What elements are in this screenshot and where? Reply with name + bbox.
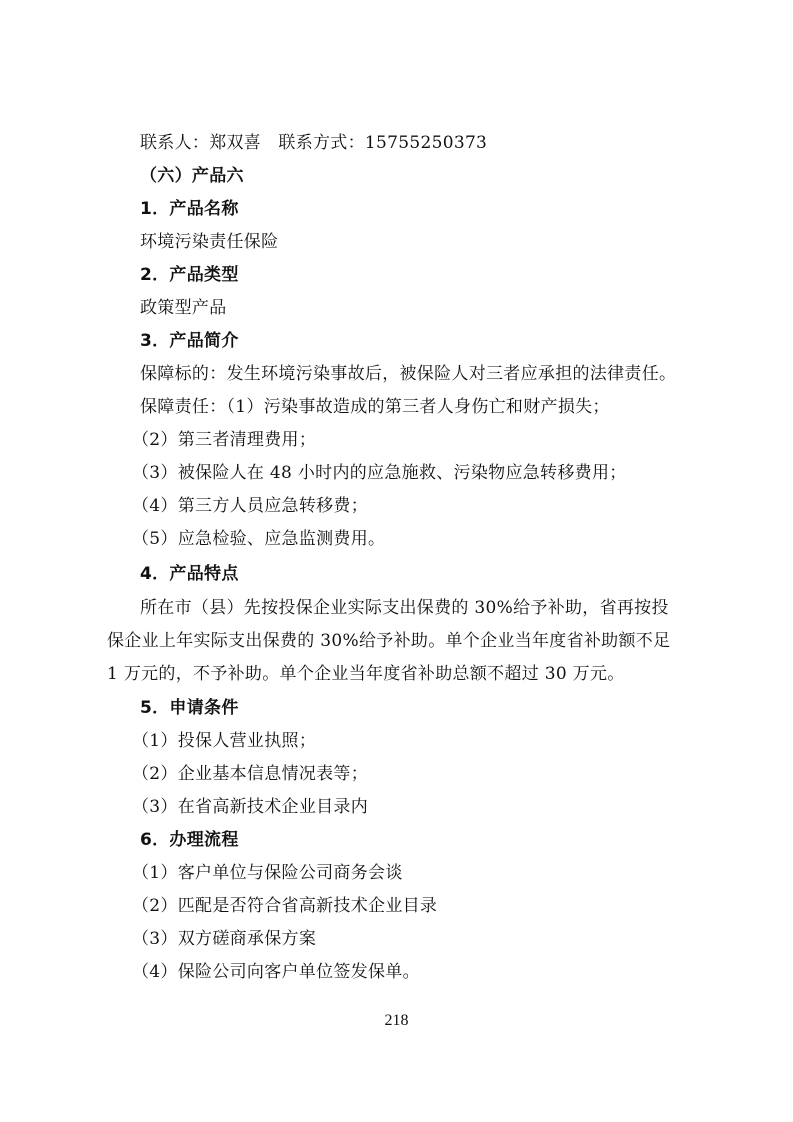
document-page: 联系人：郑双喜 联系方式：15755250373 （六）产品六 1．产品名称 环… xyxy=(0,0,793,1122)
page-number: 218 xyxy=(0,1012,793,1030)
product-type: 政策型产品 xyxy=(140,297,227,319)
condition-item: （1）投保人营业执照； xyxy=(132,730,316,752)
intro-line: （4）第三方人员应急转移费； xyxy=(132,495,368,517)
process-step: （1）客户单位与保险公司商务会谈 xyxy=(132,862,403,884)
features-line: 保企业上年实际支出保费的 30%给予补助。单个企业当年度省补助额不足 xyxy=(107,630,670,652)
features-line: 1 万元的，不予补助。单个企业当年度省补助总额不超过 30 万元。 xyxy=(107,663,625,685)
heading-conditions: 5．申请条件 xyxy=(140,697,239,719)
heading-product-intro: 3．产品简介 xyxy=(140,330,239,352)
intro-line: 保障责任：（1）污染事故造成的第三者人身伤亡和财产损失； xyxy=(140,396,610,418)
condition-item: （3）在省高新技术企业目录内 xyxy=(132,796,368,818)
intro-line: （5）应急检验、应急监测费用。 xyxy=(132,528,385,550)
heading-product-features: 4．产品特点 xyxy=(140,563,239,585)
process-step: （2）匹配是否符合省高新技术企业目录 xyxy=(132,895,437,917)
product-name: 环境污染责任保险 xyxy=(140,231,278,253)
process-step: （3）双方磋商承保方案 xyxy=(132,928,316,950)
intro-line: （2）第三者清理费用； xyxy=(132,429,316,451)
heading-process: 6．办理流程 xyxy=(140,829,239,851)
features-line: 所在市（县）先按投保企业实际支出保费的 30%给予补助，省再按投 xyxy=(140,597,669,619)
contact-line: 联系人：郑双喜 联系方式：15755250373 xyxy=(140,132,487,154)
heading-product-type: 2．产品类型 xyxy=(140,264,239,286)
condition-item: （2）企业基本信息情况表等； xyxy=(132,763,368,785)
process-step: （4）保险公司向客户单位签发保单。 xyxy=(132,961,420,983)
section-title: （六）产品六 xyxy=(140,165,244,187)
heading-product-name: 1．产品名称 xyxy=(140,198,239,220)
intro-line: 保障标的：发生环境污染事故后，被保险人对三者应承担的法律责任。 xyxy=(140,363,676,385)
intro-line: （3）被保险人在 48 小时内的应急施救、污染物应急转移费用； xyxy=(132,462,627,484)
